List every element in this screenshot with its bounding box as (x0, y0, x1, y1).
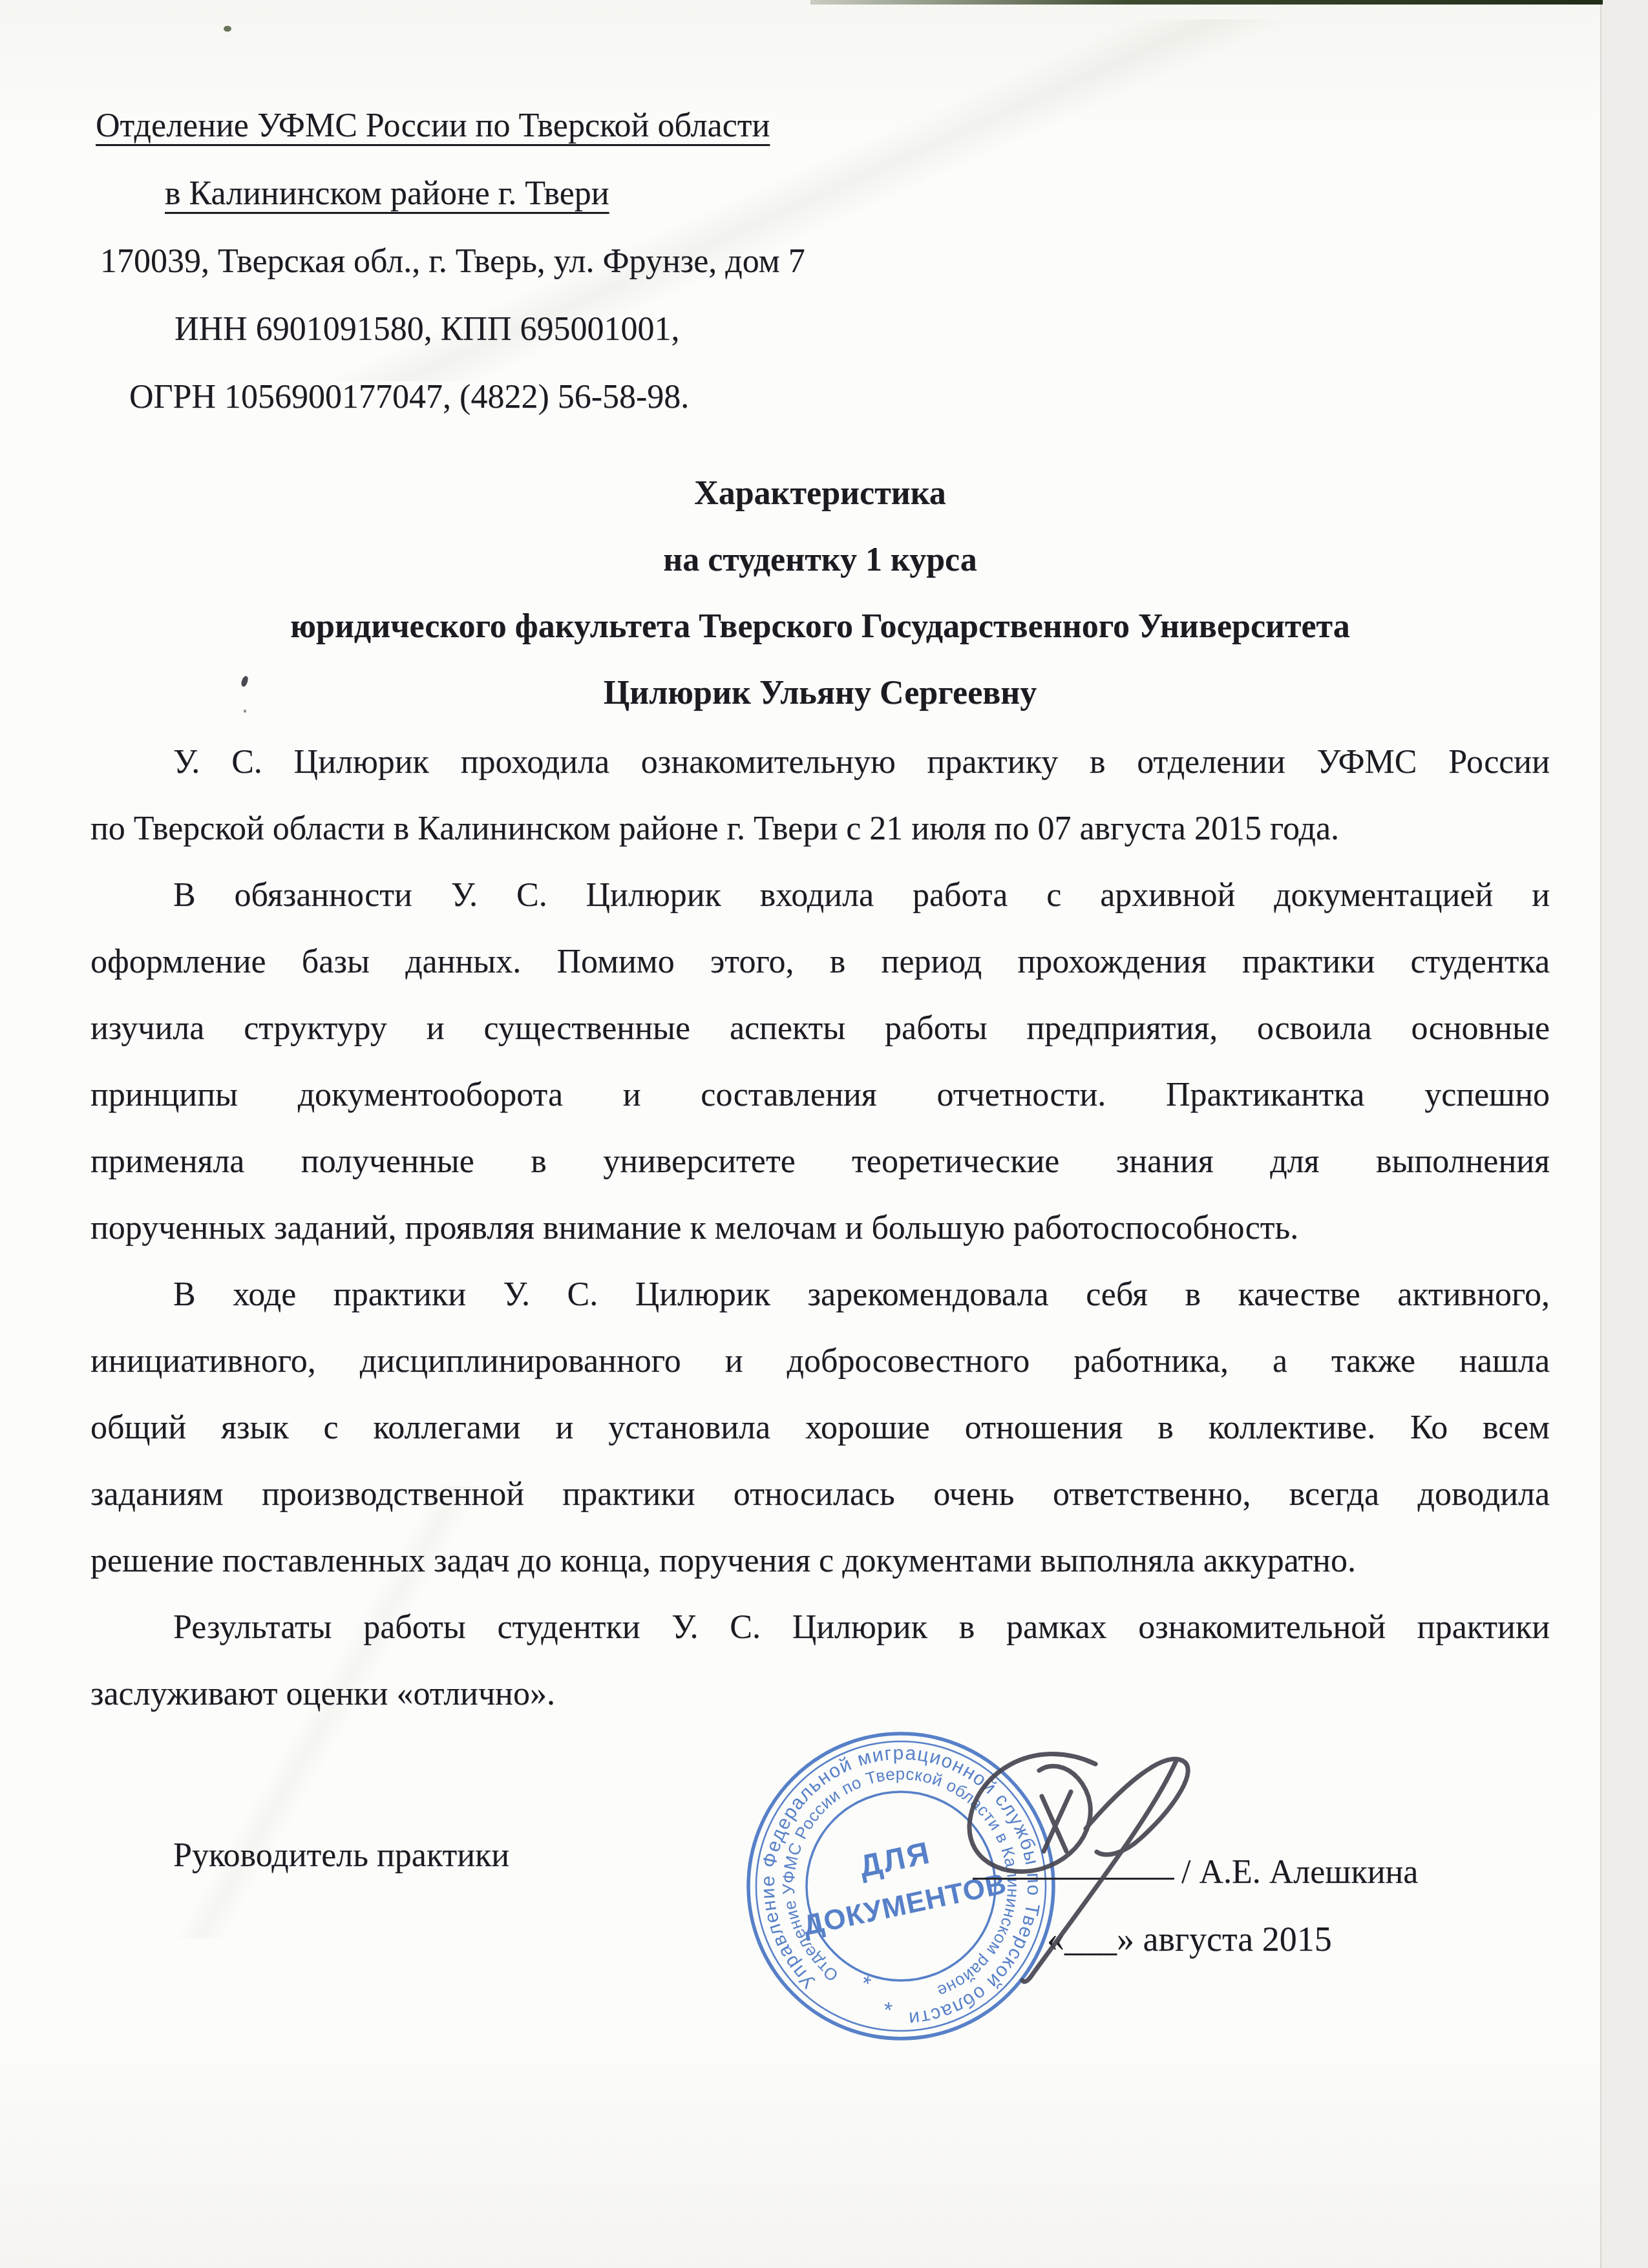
title-line-4: Цилюрик Ульяну Сергеевну (90, 660, 1550, 726)
body-line: общий язык с коллегами и установила хоро… (90, 1394, 1550, 1461)
body-line: инициативного, дисциплинированного и доб… (90, 1328, 1550, 1394)
signer-role: Руководитель практики (173, 1822, 509, 1889)
scanner-edge-band (1600, 0, 1648, 2268)
body-line: Результаты работы студентки У. С. Цилюри… (90, 1594, 1550, 1661)
org-name-line1: Отделение УФМС России по Тверской област… (96, 92, 805, 160)
body-line: применяла полученные в университете теор… (90, 1128, 1550, 1195)
org-address: 170039, Тверская обл., г. Тверь, ул. Фру… (100, 227, 805, 295)
body-line: В обязанности У. С. Цилюрик входила рабо… (90, 862, 1550, 929)
body-line: изучила структуру и существенные аспекты… (90, 995, 1550, 1062)
signature-zigzag (1042, 1792, 1071, 1851)
org-inn-kpp: ИНН 6901091580, КПП 695001001, (174, 295, 805, 363)
document-body: У. С. Цилюрик проходила ознакомительную … (90, 729, 1550, 1727)
title-line-3: юридического факультета Тверского Госуда… (90, 593, 1550, 660)
handwritten-signature (872, 1706, 1325, 2029)
signature-tail (1022, 1761, 1176, 1982)
signature-loop-left (969, 1754, 1095, 1872)
body-line: У. С. Цилюрик проходила ознакомительную … (90, 729, 1550, 795)
scanner-edge-strip (810, 0, 1603, 5)
title-line-1: Характеристика (90, 460, 1550, 527)
stamp-star: * (858, 1971, 874, 1997)
org-ogrn-phone: ОГРН 1056900177047, (4822) 56-58-98. (129, 363, 805, 431)
title-line-2: на студентку 1 курса (90, 527, 1550, 593)
document-title: Характеристика на студентку 1 курса юрид… (90, 460, 1550, 726)
body-line: оформление базы данных. Помимо этого, в … (90, 929, 1550, 995)
body-line: заданиям производственной практики относ… (90, 1461, 1550, 1528)
body-line: по Тверской области в Калининском районе… (90, 795, 1550, 862)
body-line: В ходе практики У. С. Цилюрик зарекоменд… (90, 1261, 1550, 1328)
body-line: порученных заданий, проявляя внимание к … (90, 1195, 1550, 1261)
scanned-document-page: Отделение УФМС России по Тверской област… (0, 0, 1648, 2268)
body-line: принципы документооборота и составления … (90, 1062, 1550, 1128)
scan-speck (224, 26, 231, 32)
org-name-line2: в Калининском районе г. Твери (165, 160, 805, 227)
body-line: решение поставленных задач до конца, пор… (90, 1528, 1550, 1594)
letterhead: Отделение УФМС России по Тверской област… (96, 92, 805, 431)
